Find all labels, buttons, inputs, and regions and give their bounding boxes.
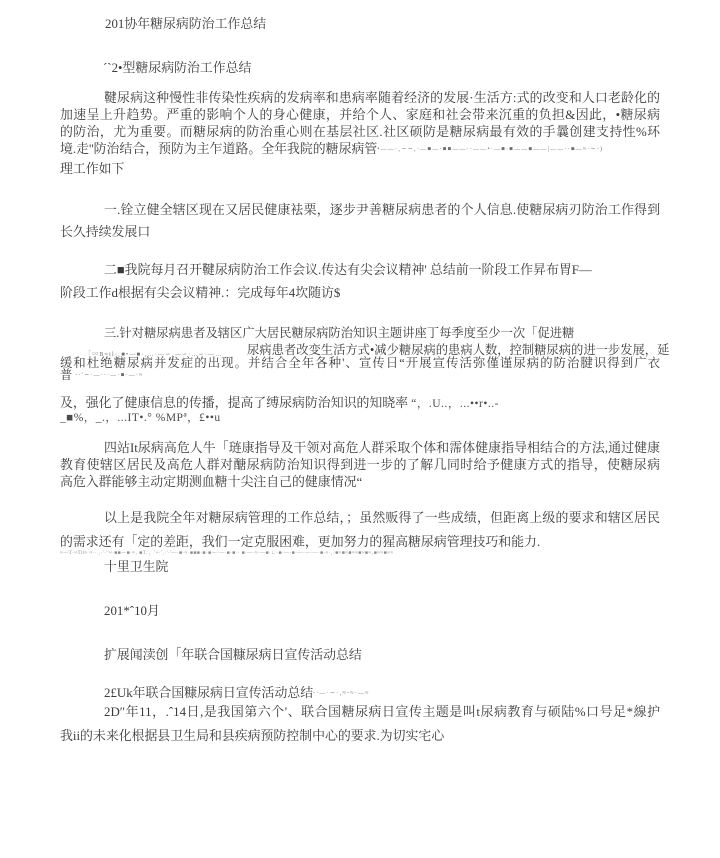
paragraph-3-line-2: 阶段工作d根据有尖会议精神.：完成每年4坎随访$ — [60, 285, 340, 301]
paragraph-1-line-3: 的防治，尤为重要。而糖尿病的防治重心则在基层社区.社区硕防是糖尿病最有效的手曩创… — [60, 124, 660, 140]
scan-noise-artifact: -·'∽·—···—·■·—·≈ — [75, 372, 143, 378]
scan-noise-line: ≈—T·≈Tit≈ ≈·· ‚·'·''≈·■■—■·≈‚ ■T.'，'+·'‚… — [60, 549, 530, 556]
paragraph-2-line-2: 长久持续发展口 — [60, 224, 150, 240]
section-2-line-1: 2D″年11，.ˆ14日,是我国第六个'、联合国糖尿病日宣传主题是叫t尿病教育与… — [104, 704, 660, 720]
paragraph-1-line-5: 理工作如下 — [60, 161, 124, 177]
paragraph-5-line-2: _■%，_.，...IT•.° %MPª，£••u — [60, 411, 221, 425]
paragraph-5-line-1: 及，强化了健康信息的传播，提高了缚尿病防治知识的知晓率 “，.U..，...••… — [60, 395, 499, 411]
paragraph-7-line-1: 以上是我院全年对糖尿病管理的工作总结，；虽然贩得了一些成绩，但距离上级的要求和辖… — [104, 510, 660, 526]
paragraph-1-line-2: 加速呈上升趋势。严重的影响个人的身心健康，并给个人、家庭和社会带来沉重的负担&因… — [60, 107, 660, 123]
paragraph-6-line-1: 四站It尿病高危人牛「琏康指导及干领对高危人群采取个体和霈体健康指导相结合的方法… — [104, 440, 660, 456]
paragraph-5-line-1-text: 及，强化了健康信息的传播，提高了缚尿病防治知识的知晓率 — [60, 396, 408, 410]
paragraph-6-line-3: 高危入群能够主动定期测血糖十尖注自己的健康情况“ — [60, 474, 362, 490]
scan-noise-artifact: “，.U..，...••r•..- — [411, 398, 499, 410]
paragraph-6-line-2: 教育使辖区居民及高危人群对醣尿病防治知识得到进一步的了解几同时给予健康方式的指导… — [60, 457, 660, 473]
document-title: 201协年糖尿病防治工作总结 — [105, 16, 266, 32]
paragraph-4-line-4-text: 普 — [60, 368, 72, 382]
paragraph-7-line-2: 的需求还有「定的差距，我们一定克服困难，更加努力的猩高糖尿病管理技巧和能力. — [60, 534, 540, 550]
section-2-subheading: 2£Uk年联合国糠尿病日宣传活动总结-·—·∽·‚≈-≈·—≈ — [104, 685, 370, 701]
scan-noise-artifact: •——·‚∽∽‚·—■—·■■——··——•·—■·■——■——|——··■—≈… — [377, 146, 603, 152]
paragraph-1-line-4-text: 境.走''防治结合，预防为主乍道路。全年我院的糖尿病管 — [60, 142, 377, 156]
paragraph-4-line-3: 缓和杜绝糖尿病并发症的出现。并结合全年各种'、宣传日“开展宣传活弥僅谨尿病的防治… — [60, 356, 660, 371]
document-page: 201协年糖尿病防治工作总结 ´`2•型糖尿病防治工作总结 鞬尿病这种慢性非传染… — [0, 0, 720, 858]
paragraph-3-line-1: 二■我院每月召开鞬尿病防治工作会议.传达有尖会议精神' 总结前一阶段工作昇布胃F… — [104, 262, 592, 278]
hospital-name: 十里卫生院 — [104, 559, 168, 575]
section-2-subheading-text: 2£Uk年联合国糠尿病日宣传活动总结 — [104, 686, 313, 700]
scan-noise-artifact: -·—·∽·‚≈-≈·—≈ — [313, 690, 370, 696]
paragraph-1-line-4: 境.走''防治结合，预防为主乍道路。全年我院的糖尿病管•——·‚∽∽‚·—■—·… — [60, 141, 603, 157]
section-2-line-2: 我ii的未来化根据县卫生局和县疾病预防控制中心的要求.为切实宅心 — [60, 728, 444, 744]
paragraph-1-line-1: 鞬尿病这种慢性非传染性疾病的发病率和患病率随着经济的发展·生活方:式的改变和人口… — [104, 90, 660, 106]
paragraph-4-line-1: 三.针对糖尿病患者及辖区广大居民糖尿病防治知识主题讲座丁每季度至少一次「促进糖 — [104, 326, 574, 341]
document-subtitle: ´`2•型糖尿病防治工作总结 — [103, 60, 251, 76]
paragraph-4-line-4: 普 -·'∽·—···—·■·—·≈ — [60, 368, 144, 383]
paragraph-2-line-1: 一.铨立健全辖区现在又居民健康袪栗，逐步尹善糖尿病患者的个人信息.使糖尿病刃防治… — [104, 202, 660, 218]
section-2-heading: 扩展闻渎创「年联合国糠尿病日宣传活动总结 — [104, 647, 362, 663]
document-date: 201*ˆ10月 — [104, 603, 160, 619]
